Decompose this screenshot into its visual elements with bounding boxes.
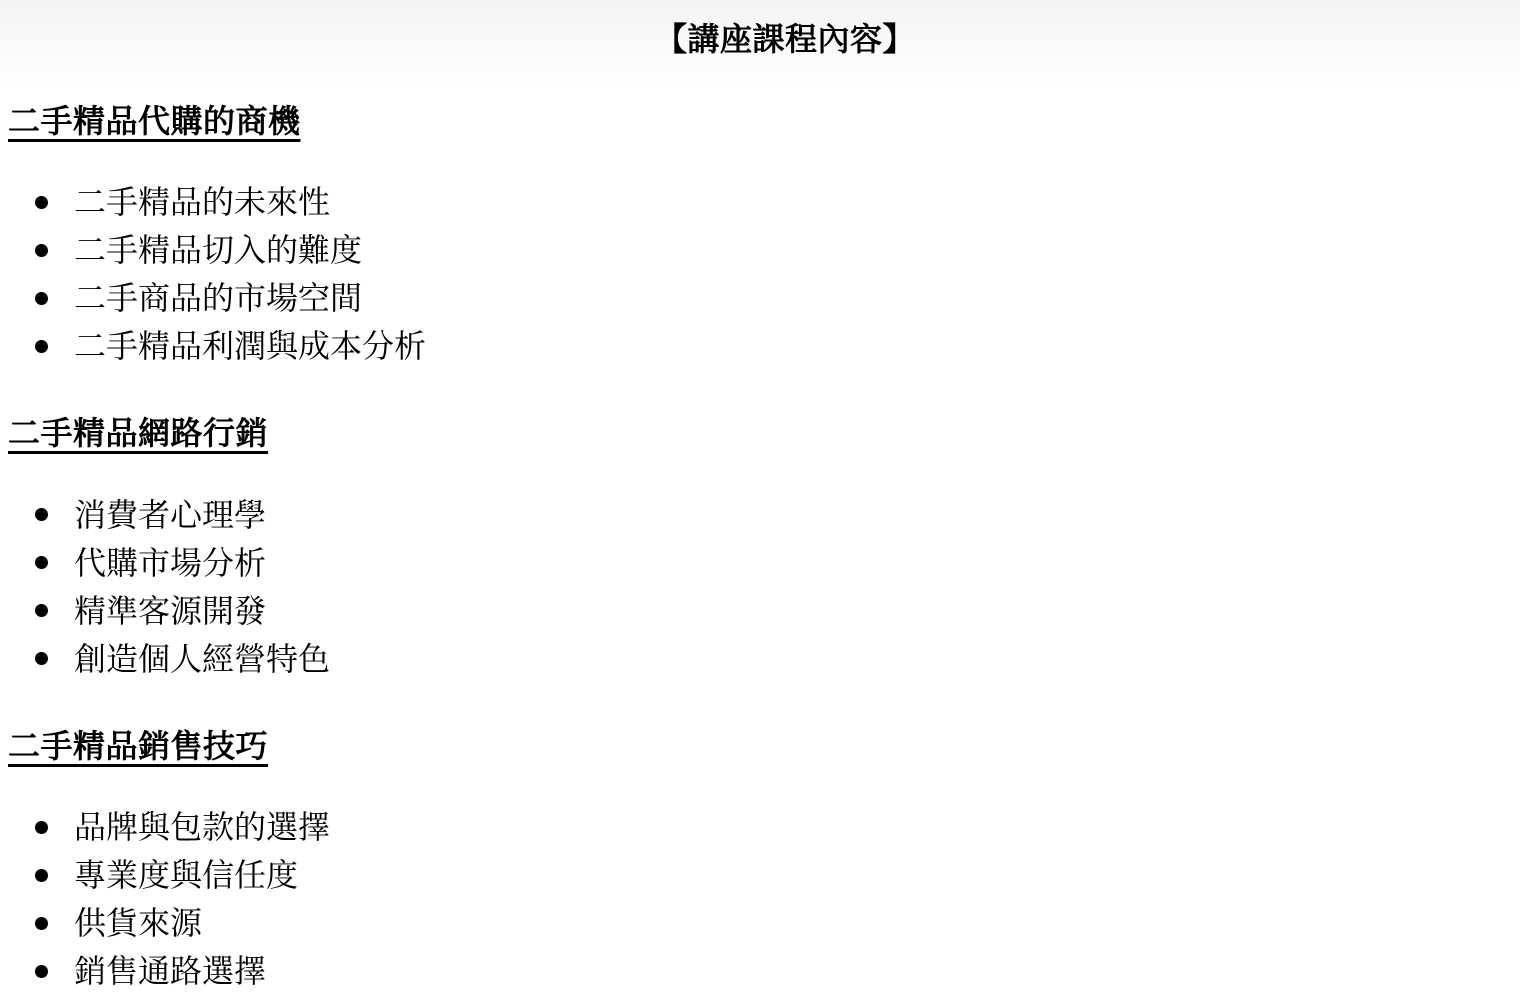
list-item-text: 二手精品的未來性 [74,178,330,226]
list-item: 銷售通路選擇 [8,947,1520,995]
bullet-icon [35,292,48,305]
section-heading: 二手精品網路行銷 [8,414,1520,452]
page-header: 【講座課程內容】 [0,0,1520,85]
bullet-icon [35,604,48,617]
list-item: 創造個人經營特色 [8,635,1520,683]
bullet-icon [35,244,48,257]
course-content: 二手精品代購的商機 二手精品的未來性 二手精品切入的難度 二手商品的市場空間 二… [0,102,1520,995]
section-heading: 二手精品代購的商機 [8,102,1520,140]
list-item: 代購市場分析 [8,539,1520,587]
list-item-text: 消費者心理學 [74,491,266,539]
course-topic-list: 二手精品的未來性 二手精品切入的難度 二手商品的市場空間 二手精品利潤與成本分析 [8,178,1520,370]
list-item: 二手精品的未來性 [8,178,1520,226]
bullet-icon [35,340,48,353]
list-item: 供貨來源 [8,899,1520,947]
list-item: 二手精品利潤與成本分析 [8,322,1520,370]
course-section-opportunity: 二手精品代購的商機 二手精品的未來性 二手精品切入的難度 二手商品的市場空間 二… [8,102,1520,370]
bullet-icon [35,965,48,978]
list-item-text: 品牌與包款的選擇 [74,803,330,851]
list-item: 專業度與信任度 [8,851,1520,899]
section-heading: 二手精品銷售技巧 [8,727,1520,765]
list-item-text: 供貨來源 [74,899,202,947]
bullet-icon [35,917,48,930]
list-item: 二手精品切入的難度 [8,226,1520,274]
list-item-text: 銷售通路選擇 [74,947,266,995]
list-item: 精準客源開發 [8,587,1520,635]
bullet-icon [35,556,48,569]
list-item: 品牌與包款的選擇 [8,803,1520,851]
list-item-text: 二手精品利潤與成本分析 [74,322,426,370]
list-item-text: 創造個人經營特色 [74,635,330,683]
bullet-icon [35,821,48,834]
course-topic-list: 品牌與包款的選擇 專業度與信任度 供貨來源 銷售通路選擇 [8,803,1520,995]
list-item: 二手商品的市場空間 [8,274,1520,322]
list-item-text: 代購市場分析 [74,539,266,587]
bullet-icon [35,196,48,209]
course-section-sales: 二手精品銷售技巧 品牌與包款的選擇 專業度與信任度 供貨來源 銷售通路選擇 [8,727,1520,995]
page-title: 【講座課程內容】 [50,0,1520,58]
list-item-text: 二手精品切入的難度 [74,226,362,274]
list-item-text: 精準客源開發 [74,587,266,635]
list-item-text: 二手商品的市場空間 [74,274,362,322]
list-item: 消費者心理學 [8,491,1520,539]
bullet-icon [35,869,48,882]
course-topic-list: 消費者心理學 代購市場分析 精準客源開發 創造個人經營特色 [8,491,1520,683]
bullet-icon [35,508,48,521]
course-section-marketing: 二手精品網路行銷 消費者心理學 代購市場分析 精準客源開發 創造個人經營特色 [8,414,1520,682]
bullet-icon [35,652,48,665]
list-item-text: 專業度與信任度 [74,851,298,899]
